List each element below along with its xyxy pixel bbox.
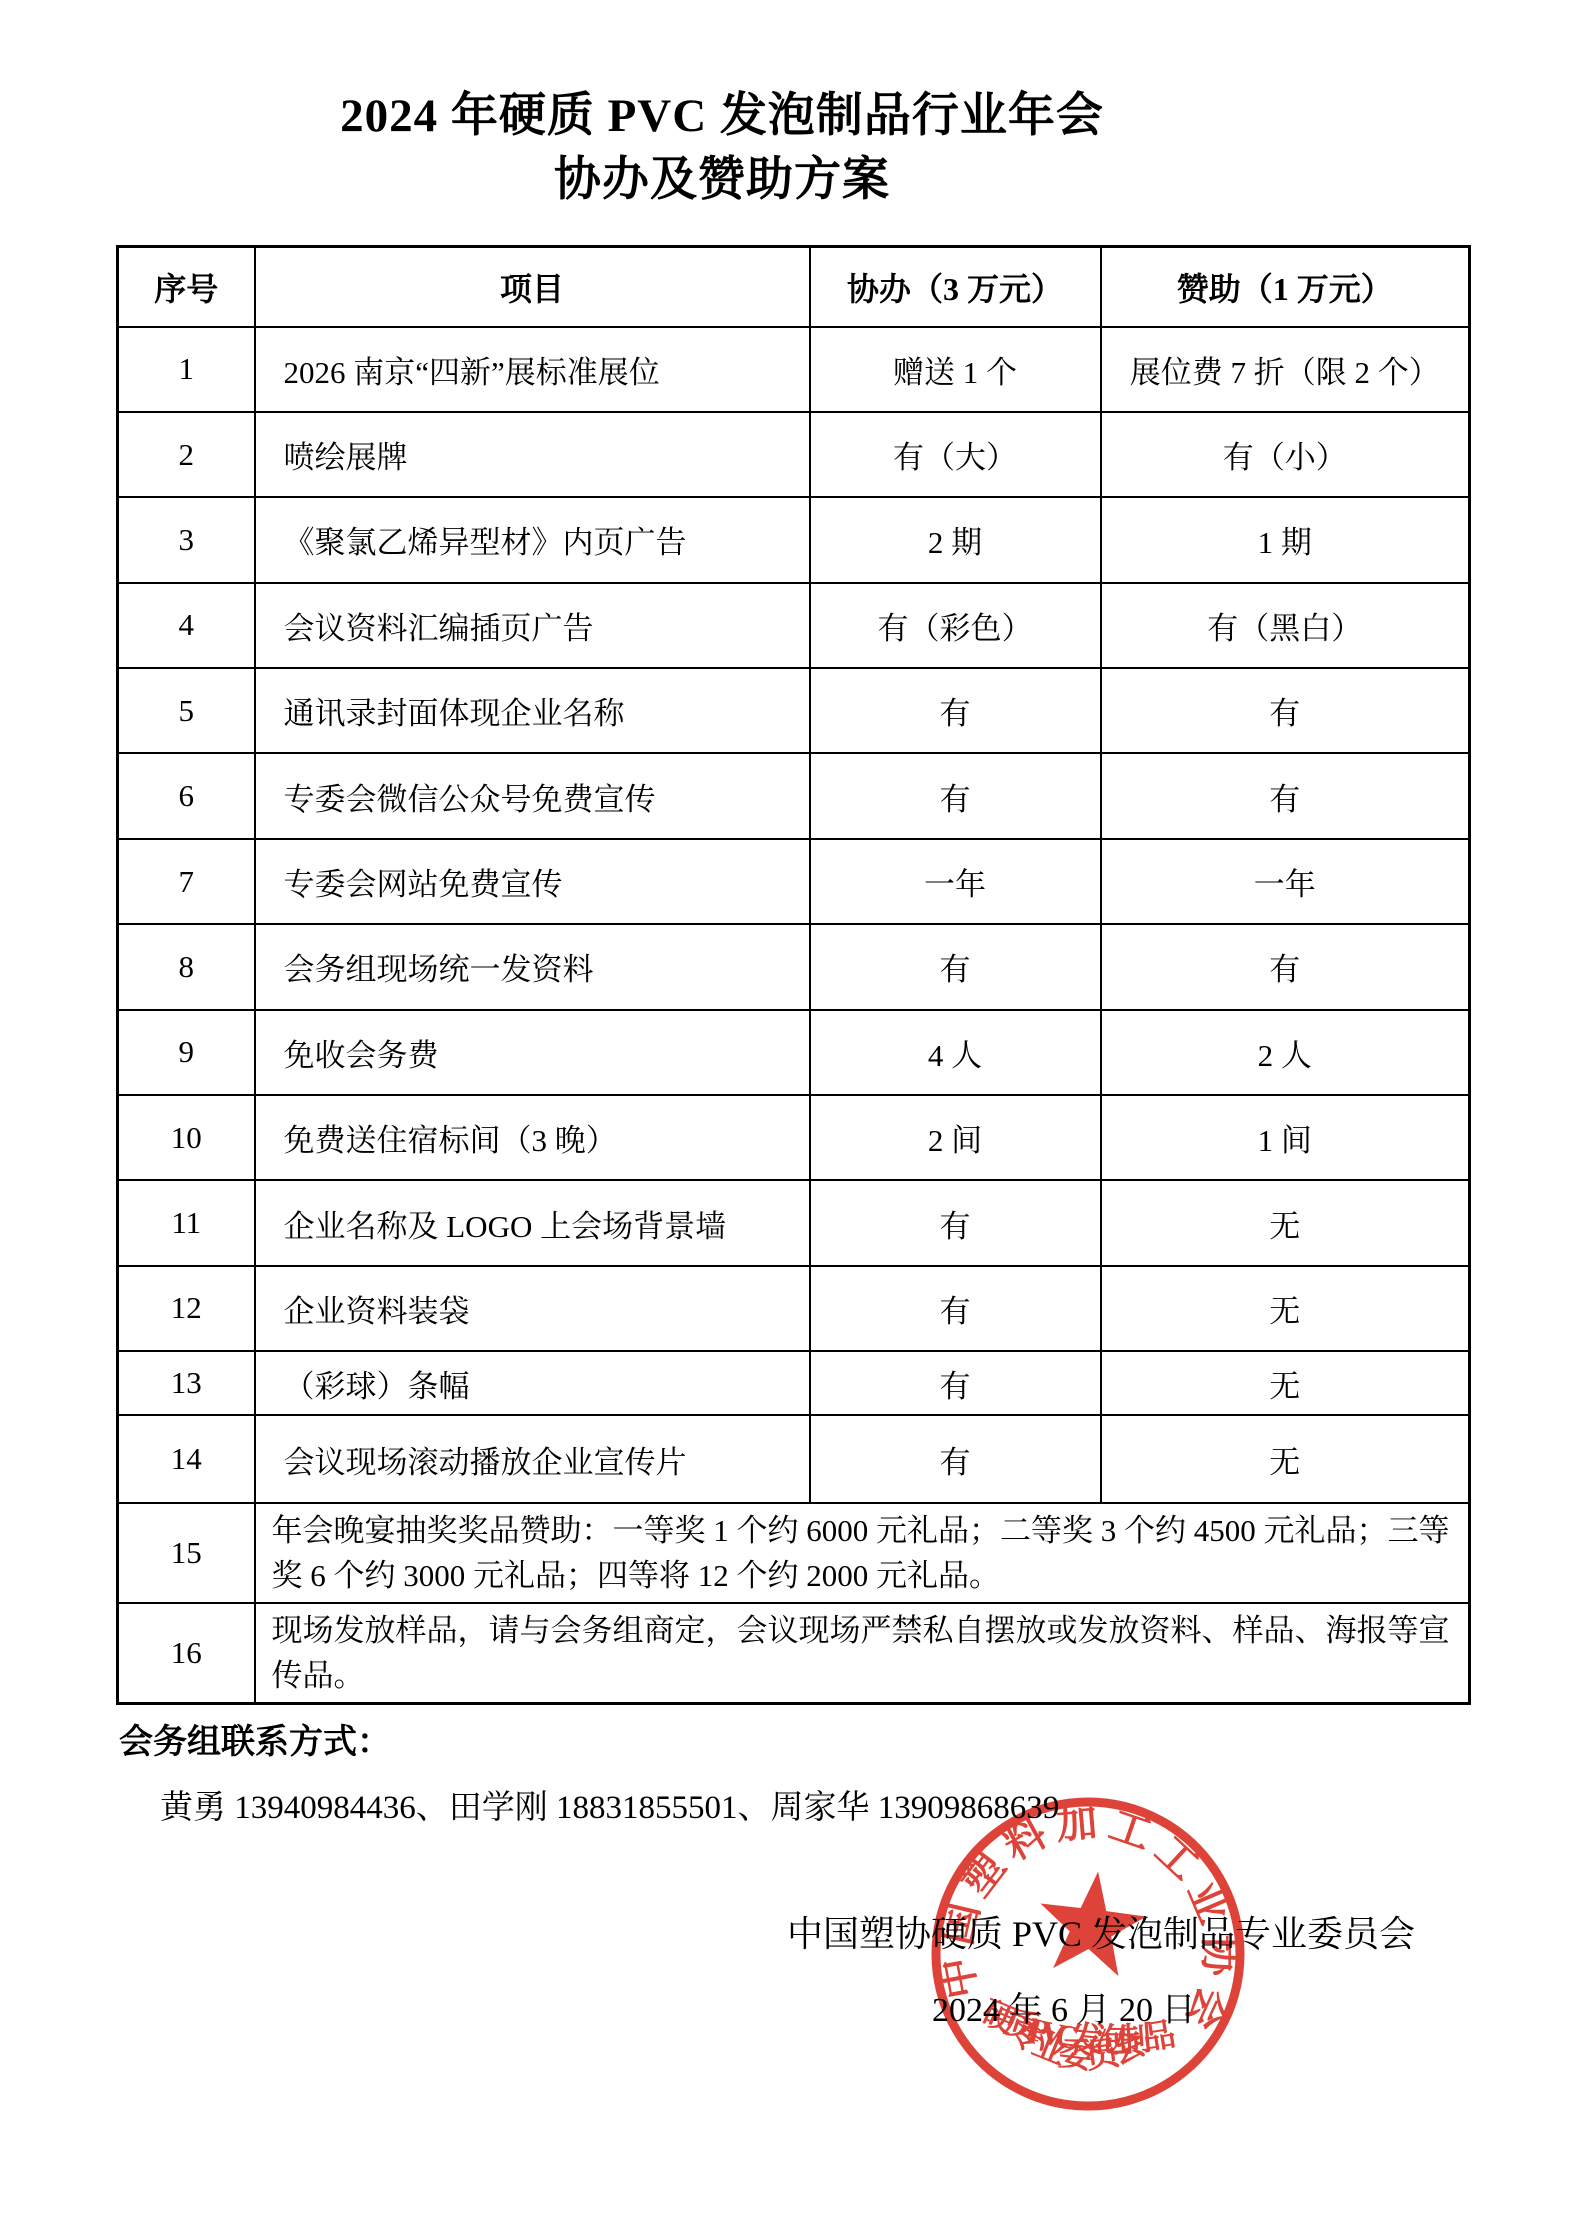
table-row: 11企业名称及 LOGO 上会场背景墙有无 <box>118 1180 1470 1265</box>
table-header-row: 序号 项目 协办（3 万元） 赞助（1 万元） <box>118 247 1470 327</box>
table-row: 6专委会微信公众号免费宣传有有 <box>118 753 1470 838</box>
cell-merged-text: 年会晚宴抽奖奖品赞助：一等奖 1 个约 6000 元礼品；二等奖 3 个约 45… <box>255 1503 1470 1603</box>
cell-zanzhu: 有 <box>1101 668 1470 753</box>
cell-xieban: 有 <box>810 668 1101 753</box>
cell-no: 10 <box>118 1095 255 1180</box>
title-line-1: 2024 年硬质 PVC 发泡制品行业年会 <box>0 84 1444 148</box>
table-row: 9免收会务费4 人2 人 <box>118 1010 1470 1095</box>
table-row: 13（彩球）条幅有无 <box>118 1351 1470 1415</box>
signature-line: 中国塑协硬质 PVC 发泡制品专业委员会 <box>787 1906 1415 1957</box>
cell-item: 免收会务费 <box>255 1010 810 1095</box>
table-body: 12026 南京“四新”展标准展位赠送 1 个展位费 7 折（限 2 个）2喷绘… <box>118 327 1470 1704</box>
cell-no: 2 <box>118 412 255 497</box>
table-row: 7专委会网站免费宣传一年一年 <box>118 839 1470 924</box>
table-row-merged: 15年会晚宴抽奖奖品赞助：一等奖 1 个约 6000 元礼品；二等奖 3 个约 … <box>118 1503 1470 1603</box>
table-row: 8会务组现场统一发资料有有 <box>118 924 1470 1009</box>
cell-no: 6 <box>118 753 255 838</box>
cell-zanzhu: 1 间 <box>1101 1095 1470 1180</box>
cell-no: 5 <box>118 668 255 753</box>
col-header-xieban: 协办（3 万元） <box>810 247 1101 327</box>
cell-zanzhu: 无 <box>1101 1351 1470 1415</box>
contact-heading: 会务组联系方式： <box>119 1714 391 1763</box>
table-row: 12026 南京“四新”展标准展位赠送 1 个展位费 7 折（限 2 个） <box>118 327 1470 412</box>
cell-zanzhu: 有 <box>1101 753 1470 838</box>
table-row: 3《聚氯乙烯异型材》内页广告2 期1 期 <box>118 497 1470 582</box>
document-page: 2024 年硬质 PVC 发泡制品行业年会 协办及赞助方案 序号 项目 协办（3… <box>0 0 1587 2225</box>
table-row-merged: 16现场发放样品，请与会务组商定，会议现场严禁私自摆放或发放资料、样品、海报等宣… <box>118 1603 1470 1704</box>
cell-item: 企业名称及 LOGO 上会场背景墙 <box>255 1180 810 1265</box>
cell-no: 4 <box>118 583 255 668</box>
cell-item: 会议资料汇编插页广告 <box>255 583 810 668</box>
cell-xieban: 2 期 <box>810 497 1101 582</box>
cell-item: （彩球）条幅 <box>255 1351 810 1415</box>
contact-line: 黄勇 13940984436、田学刚 18831855501、周家华 13909… <box>160 1781 1059 1828</box>
cell-zanzhu: 无 <box>1101 1266 1470 1351</box>
cell-zanzhu: 2 人 <box>1101 1010 1470 1095</box>
col-header-zanzhu: 赞助（1 万元） <box>1101 247 1470 327</box>
cell-no: 15 <box>118 1503 255 1603</box>
cell-zanzhu: 无 <box>1101 1415 1470 1503</box>
table-row: 14会议现场滚动播放企业宣传片有无 <box>118 1415 1470 1503</box>
cell-xieban: 有 <box>810 1180 1101 1265</box>
cell-item: 会议现场滚动播放企业宣传片 <box>255 1415 810 1503</box>
cell-merged-text: 现场发放样品，请与会务组商定，会议现场严禁私自摆放或发放资料、样品、海报等宣传品… <box>255 1603 1470 1704</box>
cell-item: 专委会网站免费宣传 <box>255 839 810 924</box>
cell-no: 7 <box>118 839 255 924</box>
cell-xieban: 有 <box>810 1266 1101 1351</box>
col-header-item: 项目 <box>255 247 810 327</box>
table-row: 5通讯录封面体现企业名称有有 <box>118 668 1470 753</box>
cell-xieban: 赠送 1 个 <box>810 327 1101 412</box>
cell-item: 会务组现场统一发资料 <box>255 924 810 1009</box>
cell-zanzhu: 有 <box>1101 924 1470 1009</box>
cell-no: 14 <box>118 1415 255 1503</box>
cell-xieban: 2 间 <box>810 1095 1101 1180</box>
cell-zanzhu: 1 期 <box>1101 497 1470 582</box>
cell-no: 13 <box>118 1351 255 1415</box>
table-row: 12企业资料装袋有无 <box>118 1266 1470 1351</box>
cell-zanzhu: 有（小） <box>1101 412 1470 497</box>
cell-no: 9 <box>118 1010 255 1095</box>
col-header-no: 序号 <box>118 247 255 327</box>
cell-xieban: 有 <box>810 1415 1101 1503</box>
cell-xieban: 4 人 <box>810 1010 1101 1095</box>
cell-xieban: 有（大） <box>810 412 1101 497</box>
cell-no: 11 <box>118 1180 255 1265</box>
table-row: 4会议资料汇编插页广告有（彩色）有（黑白） <box>118 583 1470 668</box>
cell-zanzhu: 一年 <box>1101 839 1470 924</box>
cell-item: 喷绘展牌 <box>255 412 810 497</box>
cell-item: 企业资料装袋 <box>255 1266 810 1351</box>
cell-xieban: 一年 <box>810 839 1101 924</box>
table-row: 2喷绘展牌有（大）有（小） <box>118 412 1470 497</box>
cell-item: 通讯录封面体现企业名称 <box>255 668 810 753</box>
cell-zanzhu: 无 <box>1101 1180 1470 1265</box>
cell-zanzhu: 有（黑白） <box>1101 583 1470 668</box>
cell-xieban: 有（彩色） <box>810 583 1101 668</box>
cell-no: 1 <box>118 327 255 412</box>
table-row: 10免费送住宿标间（3 晚）2 间1 间 <box>118 1095 1470 1180</box>
sponsorship-table: 序号 项目 协办（3 万元） 赞助（1 万元） 12026 南京“四新”展标准展… <box>116 245 1471 1705</box>
cell-zanzhu: 展位费 7 折（限 2 个） <box>1101 327 1470 412</box>
cell-item: 免费送住宿标间（3 晚） <box>255 1095 810 1180</box>
cell-no: 3 <box>118 497 255 582</box>
date-line: 2024 年 6 月 20 日 <box>932 1982 1196 2031</box>
cell-xieban: 有 <box>810 753 1101 838</box>
cell-no: 8 <box>118 924 255 1009</box>
cell-item: 专委会微信公众号免费宣传 <box>255 753 810 838</box>
document-title: 2024 年硬质 PVC 发泡制品行业年会 协办及赞助方案 <box>0 84 1444 212</box>
cell-item: 《聚氯乙烯异型材》内页广告 <box>255 497 810 582</box>
cell-xieban: 有 <box>810 1351 1101 1415</box>
cell-xieban: 有 <box>810 924 1101 1009</box>
cell-no: 16 <box>118 1603 255 1704</box>
cell-item: 2026 南京“四新”展标准展位 <box>255 327 810 412</box>
cell-no: 12 <box>118 1266 255 1351</box>
title-line-2: 协办及赞助方案 <box>0 148 1444 212</box>
